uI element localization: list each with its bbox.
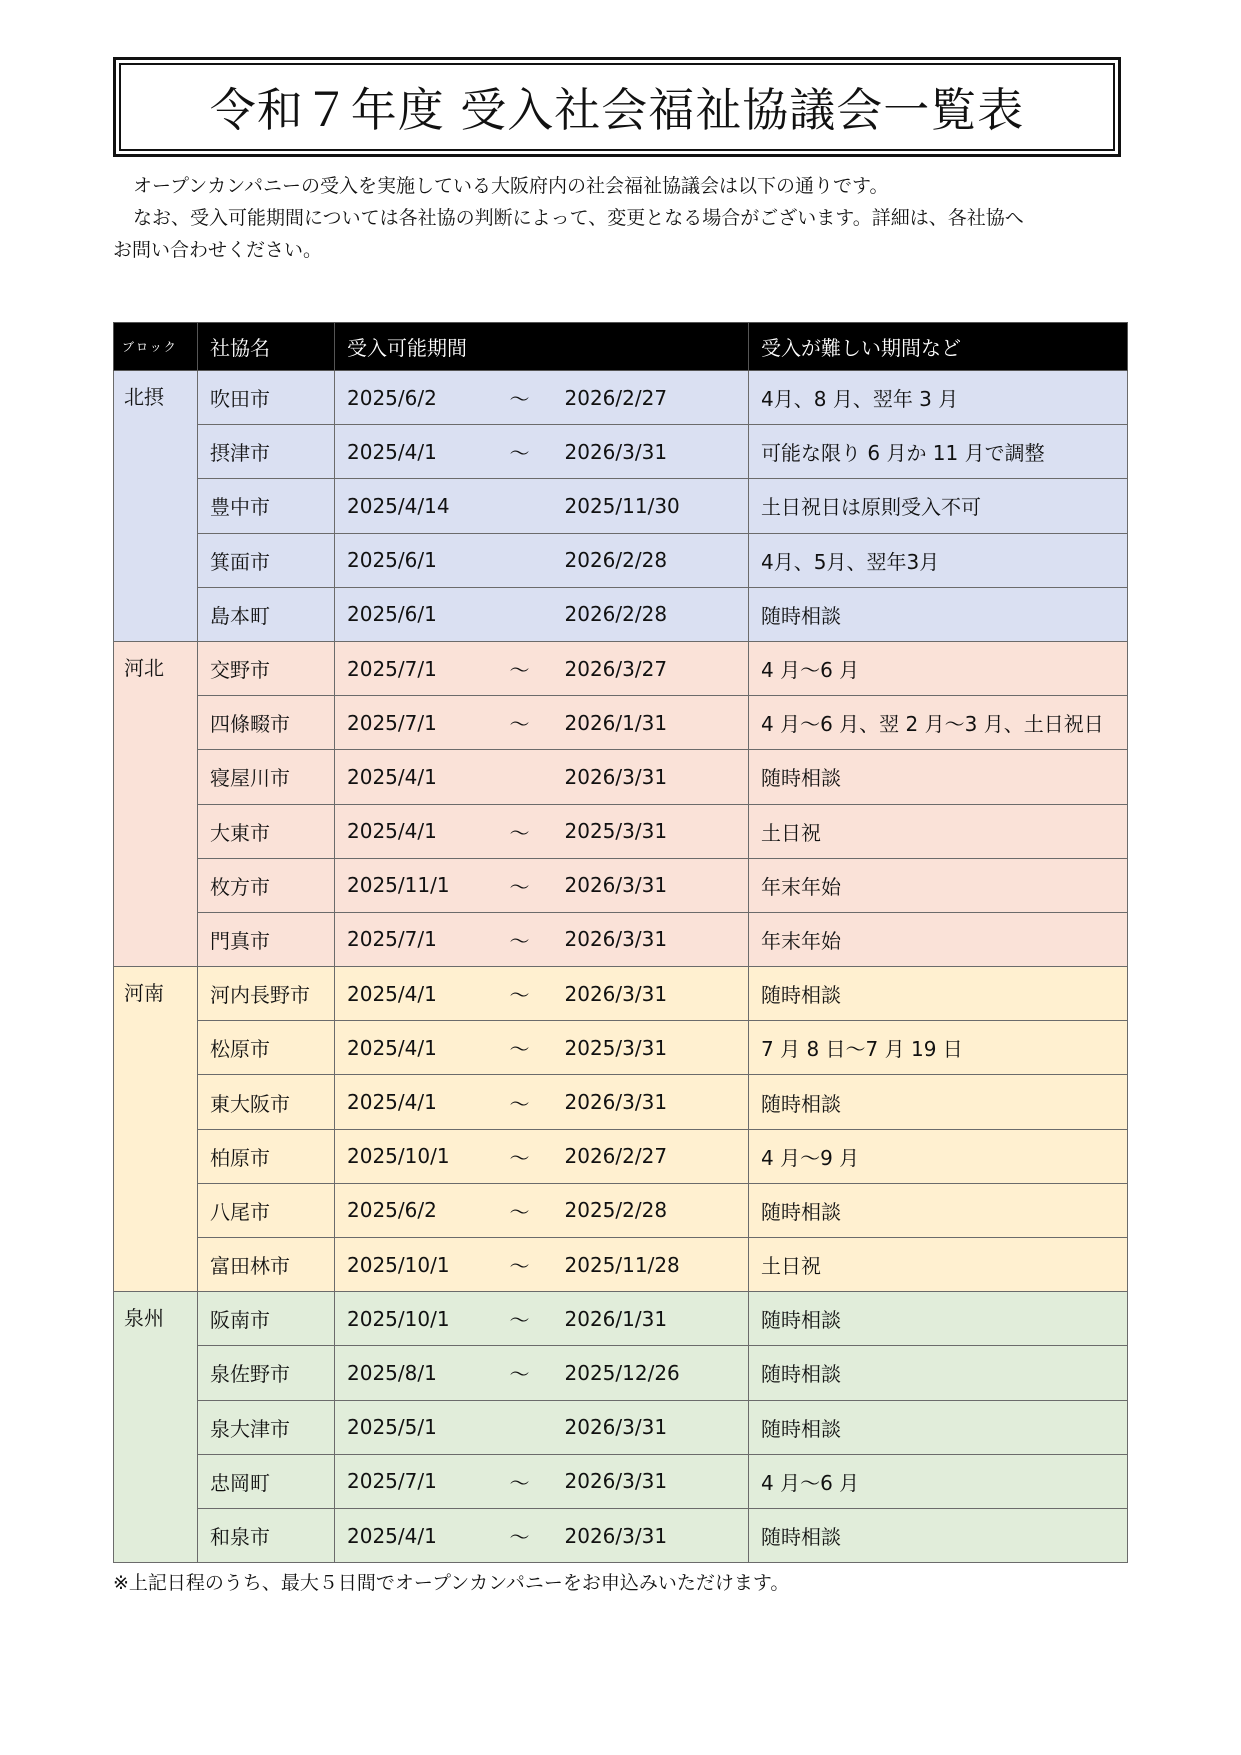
header-difficult: 受入が難しい期間など [749, 323, 1128, 371]
header-block: ブロック [114, 323, 198, 371]
difficult-period-cell: 4 月～6 月 [749, 641, 1128, 695]
difficult-period-cell: 随時相談 [749, 1183, 1128, 1237]
tilde-cell: ～ [498, 804, 555, 858]
tilde-cell [498, 533, 555, 587]
table-row: 大東市2025/4/1～2025/3/31土日祝 [114, 804, 1128, 858]
header-period: 受入可能期間 [335, 323, 749, 371]
end-date-cell: 2025/12/26 [555, 1346, 749, 1400]
tilde-cell: ～ [498, 1183, 555, 1237]
page-title: 令和７年度 受入社会福祉協議会一覧表 [210, 74, 1025, 140]
tilde-cell: ～ [498, 967, 555, 1021]
difficult-period-cell: 土日祝 [749, 1238, 1128, 1292]
tilde-cell: ～ [498, 1508, 555, 1562]
block-cell: 泉州 [114, 1292, 198, 1563]
council-name-cell: 河内長野市 [198, 967, 335, 1021]
difficult-period-cell: 随時相談 [749, 1346, 1128, 1400]
title-inner-frame: 令和７年度 受入社会福祉協議会一覧表 [119, 63, 1115, 151]
start-date-cell: 2025/4/1 [335, 1075, 498, 1129]
end-date-cell: 2025/3/31 [555, 1021, 749, 1075]
difficult-period-cell: 4 月～6 月、翌 2 月～3 月、土日祝日 [749, 696, 1128, 750]
end-date-cell: 2026/3/31 [555, 1400, 749, 1454]
start-date-cell: 2025/4/1 [335, 750, 498, 804]
tilde-cell [498, 479, 555, 533]
difficult-period-cell: 随時相談 [749, 967, 1128, 1021]
table-row: 四條畷市2025/7/1～2026/1/314 月～6 月、翌 2 月～3 月、… [114, 696, 1128, 750]
start-date-cell: 2025/4/14 [335, 479, 498, 533]
end-date-cell: 2026/2/28 [555, 587, 749, 641]
council-name-cell: 大東市 [198, 804, 335, 858]
difficult-period-cell: 7 月 8 日～7 月 19 日 [749, 1021, 1128, 1075]
table-row: 河北交野市2025/7/1～2026/3/274 月～6 月 [114, 641, 1128, 695]
council-name-cell: 富田林市 [198, 1238, 335, 1292]
council-name-cell: 四條畷市 [198, 696, 335, 750]
end-date-cell: 2026/3/31 [555, 1454, 749, 1508]
difficult-period-cell: 土日祝 [749, 804, 1128, 858]
start-date-cell: 2025/6/1 [335, 533, 498, 587]
table-row: 八尾市2025/6/2～2025/2/28随時相談 [114, 1183, 1128, 1237]
table-row: 忠岡町2025/7/1～2026/3/314 月～6 月 [114, 1454, 1128, 1508]
difficult-period-cell: 4 月～6 月 [749, 1454, 1128, 1508]
table-row: 泉州阪南市2025/10/1～2026/1/31随時相談 [114, 1292, 1128, 1346]
end-date-cell: 2026/2/28 [555, 533, 749, 587]
end-date-cell: 2026/3/31 [555, 750, 749, 804]
intro-text: オープンカンパニーの受入を実施している大阪府内の社会福祉協議会は以下の通りです。… [113, 170, 1127, 266]
end-date-cell: 2026/2/27 [555, 371, 749, 425]
table-row: 島本町2025/6/12026/2/28随時相談 [114, 587, 1128, 641]
difficult-period-cell: 土日祝日は原則受入不可 [749, 479, 1128, 533]
council-name-cell: 摂津市 [198, 425, 335, 479]
table-row: 河南河内長野市2025/4/1～2026/3/31随時相談 [114, 967, 1128, 1021]
council-name-cell: 東大阪市 [198, 1075, 335, 1129]
end-date-cell: 2025/11/28 [555, 1238, 749, 1292]
start-date-cell: 2025/6/1 [335, 587, 498, 641]
difficult-period-cell: 4 月～9 月 [749, 1129, 1128, 1183]
intro-line-2: なお、受入可能期間については各社協の判断によって、変更となる場合がございます。詳… [113, 202, 1127, 234]
end-date-cell: 2025/2/28 [555, 1183, 749, 1237]
start-date-cell: 2025/4/1 [335, 1508, 498, 1562]
tilde-cell [498, 1400, 555, 1454]
start-date-cell: 2025/8/1 [335, 1346, 498, 1400]
tilde-cell: ～ [498, 641, 555, 695]
start-date-cell: 2025/7/1 [335, 912, 498, 966]
difficult-period-cell: 随時相談 [749, 1508, 1128, 1562]
end-date-cell: 2026/3/31 [555, 1075, 749, 1129]
start-date-cell: 2025/4/1 [335, 967, 498, 1021]
council-name-cell: 豊中市 [198, 479, 335, 533]
table-row: 門真市2025/7/1～2026/3/31年末年始 [114, 912, 1128, 966]
council-name-cell: 寝屋川市 [198, 750, 335, 804]
council-name-cell: 和泉市 [198, 1508, 335, 1562]
block-cell: 河北 [114, 641, 198, 966]
tilde-cell: ～ [498, 1346, 555, 1400]
difficult-period-cell: 随時相談 [749, 1400, 1128, 1454]
intro-line-3: お問い合わせください。 [113, 234, 1127, 266]
start-date-cell: 2025/4/1 [335, 804, 498, 858]
difficult-period-cell: 随時相談 [749, 1075, 1128, 1129]
table-row: 東大阪市2025/4/1～2026/3/31随時相談 [114, 1075, 1128, 1129]
council-name-cell: 泉佐野市 [198, 1346, 335, 1400]
council-name-cell: 門真市 [198, 912, 335, 966]
start-date-cell: 2025/4/1 [335, 1021, 498, 1075]
end-date-cell: 2025/11/30 [555, 479, 749, 533]
difficult-period-cell: 4月、8 月、翌年 3 月 [749, 371, 1128, 425]
table-row: 泉大津市2025/5/12026/3/31随時相談 [114, 1400, 1128, 1454]
start-date-cell: 2025/6/2 [335, 371, 498, 425]
table-row: 富田林市2025/10/1～2025/11/28土日祝 [114, 1238, 1128, 1292]
council-name-cell: 柏原市 [198, 1129, 335, 1183]
council-table: ブロック 社協名 受入可能期間 受入が難しい期間など 北摂吹田市2025/6/2… [113, 322, 1128, 1563]
tilde-cell: ～ [498, 1454, 555, 1508]
tilde-cell: ～ [498, 912, 555, 966]
title-box: 令和７年度 受入社会福祉協議会一覧表 [113, 57, 1121, 157]
difficult-period-cell: 随時相談 [749, 587, 1128, 641]
start-date-cell: 2025/7/1 [335, 1454, 498, 1508]
difficult-period-cell: 年末年始 [749, 912, 1128, 966]
difficult-period-cell: 年末年始 [749, 858, 1128, 912]
tilde-cell: ～ [498, 1238, 555, 1292]
council-name-cell: 島本町 [198, 587, 335, 641]
table-row: 豊中市2025/4/142025/11/30土日祝日は原則受入不可 [114, 479, 1128, 533]
tilde-cell: ～ [498, 858, 555, 912]
table-header-row: ブロック 社協名 受入可能期間 受入が難しい期間など [114, 323, 1128, 371]
end-date-cell: 2026/3/27 [555, 641, 749, 695]
council-name-cell: 泉大津市 [198, 1400, 335, 1454]
tilde-cell: ～ [498, 1075, 555, 1129]
start-date-cell: 2025/10/1 [335, 1238, 498, 1292]
council-name-cell: 枚方市 [198, 858, 335, 912]
table-row: 摂津市2025/4/1～2026/3/31可能な限り 6 月か 11 月で調整 [114, 425, 1128, 479]
council-name-cell: 松原市 [198, 1021, 335, 1075]
block-cell: 河南 [114, 967, 198, 1292]
table-row: 箕面市2025/6/12026/2/284月、5月、翌年3月 [114, 533, 1128, 587]
end-date-cell: 2026/2/27 [555, 1129, 749, 1183]
table-row: 柏原市2025/10/1～2026/2/274 月～9 月 [114, 1129, 1128, 1183]
start-date-cell: 2025/11/1 [335, 858, 498, 912]
tilde-cell: ～ [498, 696, 555, 750]
start-date-cell: 2025/5/1 [335, 1400, 498, 1454]
tilde-cell [498, 750, 555, 804]
difficult-period-cell: 随時相談 [749, 750, 1128, 804]
table-row: 枚方市2025/11/1～2026/3/31年末年始 [114, 858, 1128, 912]
start-date-cell: 2025/10/1 [335, 1129, 498, 1183]
start-date-cell: 2025/4/1 [335, 425, 498, 479]
table-row: 泉佐野市2025/8/1～2025/12/26随時相談 [114, 1346, 1128, 1400]
table-row: 寝屋川市2025/4/12026/3/31随時相談 [114, 750, 1128, 804]
header-name: 社協名 [198, 323, 335, 371]
council-name-cell: 箕面市 [198, 533, 335, 587]
difficult-period-cell: 4月、5月、翌年3月 [749, 533, 1128, 587]
footnote: ※上記日程のうち、最大５日間でオープンカンパニーをお申込みいただけます。 [113, 1568, 789, 1595]
start-date-cell: 2025/6/2 [335, 1183, 498, 1237]
start-date-cell: 2025/10/1 [335, 1292, 498, 1346]
council-name-cell: 忠岡町 [198, 1454, 335, 1508]
table-row: 北摂吹田市2025/6/2～2026/2/274月、8 月、翌年 3 月 [114, 371, 1128, 425]
end-date-cell: 2026/1/31 [555, 1292, 749, 1346]
tilde-cell [498, 587, 555, 641]
table-row: 和泉市2025/4/1～2026/3/31随時相談 [114, 1508, 1128, 1562]
tilde-cell: ～ [498, 1129, 555, 1183]
tilde-cell: ～ [498, 425, 555, 479]
tilde-cell: ～ [498, 1292, 555, 1346]
difficult-period-cell: 随時相談 [749, 1292, 1128, 1346]
end-date-cell: 2025/3/31 [555, 804, 749, 858]
end-date-cell: 2026/3/31 [555, 425, 749, 479]
block-cell: 北摂 [114, 371, 198, 642]
tilde-cell: ～ [498, 371, 555, 425]
end-date-cell: 2026/1/31 [555, 696, 749, 750]
end-date-cell: 2026/3/31 [555, 912, 749, 966]
difficult-period-cell: 可能な限り 6 月か 11 月で調整 [749, 425, 1128, 479]
table-row: 松原市2025/4/1～2025/3/317 月 8 日～7 月 19 日 [114, 1021, 1128, 1075]
table-body: 北摂吹田市2025/6/2～2026/2/274月、8 月、翌年 3 月摂津市2… [114, 371, 1128, 1563]
start-date-cell: 2025/7/1 [335, 696, 498, 750]
council-name-cell: 八尾市 [198, 1183, 335, 1237]
council-name-cell: 吹田市 [198, 371, 335, 425]
tilde-cell: ～ [498, 1021, 555, 1075]
intro-line-1: オープンカンパニーの受入を実施している大阪府内の社会福祉協議会は以下の通りです。 [113, 170, 1127, 202]
council-name-cell: 阪南市 [198, 1292, 335, 1346]
end-date-cell: 2026/3/31 [555, 967, 749, 1021]
end-date-cell: 2026/3/31 [555, 858, 749, 912]
council-name-cell: 交野市 [198, 641, 335, 695]
end-date-cell: 2026/3/31 [555, 1508, 749, 1562]
start-date-cell: 2025/7/1 [335, 641, 498, 695]
